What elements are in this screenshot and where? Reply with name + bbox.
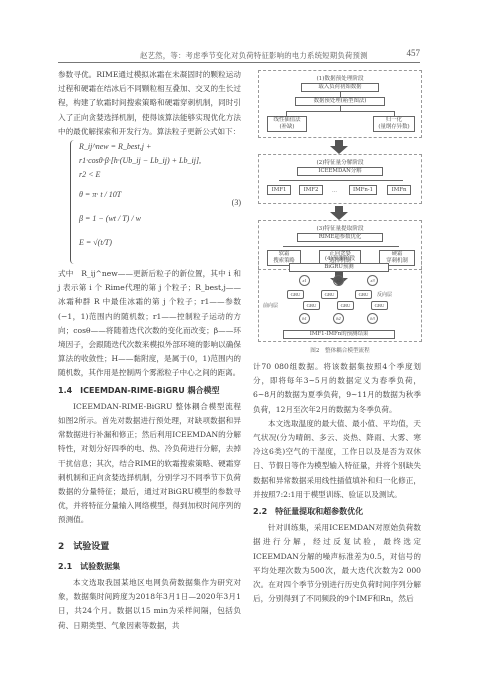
section-heading-1-4: 1.4 ICEEMDAN-RIME-BiGRU 耦合模型 <box>58 384 241 398</box>
left-brace <box>70 140 77 264</box>
gru-cell-backward: GRU <box>287 290 304 299</box>
stage-4-prediction: (4)预测阶段 BiGRU预测 x1 x2 x3 GRU GRU GRU 反向层… <box>258 256 422 342</box>
paragraph-feature-extraction: 针对训练集，采用ICEEMDAN对原始负荷数据进行分解，经过反复试验，最终选定I… <box>253 521 421 606</box>
paragraph-where: 式中 R_ij^new——更新后粒子的新位置，其中 i 和 j 表示第 i 个 … <box>58 267 241 381</box>
right-column: 计70 080组数据。将该数据集按照4个季度划分，即将每年3~5月的数据定义为春… <box>253 360 421 606</box>
connector <box>283 246 399 247</box>
paragraph-dataset: 本文选取我国某地区电网负荷数据集作为研究对象，数据集时间跨度为2018年3月1日… <box>58 576 241 633</box>
load-data-box: 载入负荷初始数据 <box>301 83 379 92</box>
equation-line: β = 1 − (wt / T) / w <box>79 212 201 226</box>
input-node: x2 <box>333 275 344 286</box>
connector <box>279 180 403 181</box>
left-column: 参数寻优。RIME通过模拟冰霜在未凝固时的颗粒运动过程和硬霜在结冰后不同颗粒相互… <box>58 68 241 633</box>
stage-2-decomposition: (2)特征量分解阶段 ICEEMDAN分解 IMF1 IMF2 … IMFn-1… <box>258 154 422 204</box>
connector <box>286 111 394 112</box>
paragraph-coupled-model: ICEEMDAN-RIME-BiGRU 整体耦合模型流程如图2所示。首先对数据进… <box>58 400 241 528</box>
iceemdan-box: ICEEMDAN分解 <box>297 167 383 176</box>
output-node: h1 <box>299 313 310 324</box>
equation-lines: R_ij^new = R_best,j + r1·cosθ·β·[h·(Ub_i… <box>79 140 201 250</box>
output-node: h3 <box>367 313 378 324</box>
forward-layer-label: 前向层 <box>263 302 278 309</box>
stage-title: (2)特征量分解阶段 <box>259 158 421 166</box>
stage-1-preprocessing: (1)数据预处理阶段 载入负荷初始数据 数据预处理(箱型图法) 线性插值法 (补… <box>258 70 422 138</box>
section-heading-2: 2 试验设置 <box>58 540 241 554</box>
stage-arrow-icon <box>330 146 348 154</box>
stage-title: (4)预测阶段 <box>259 254 421 262</box>
paragraph-features: 本文选取温度的最大值、最小值、平均值，天气状况(分为晴朗、多云、炎热、降雨、大雾… <box>253 417 421 502</box>
bigru-box: BiGRU预测 <box>289 263 389 272</box>
header-rule <box>58 62 420 63</box>
imf-1-box: IMF1 <box>267 185 291 195</box>
imf-2-box: IMF2 <box>299 185 323 195</box>
gru-cell-forward: GRU <box>371 301 388 310</box>
output-node: h2 <box>333 313 344 324</box>
prediction-result-box: IMF1-IMFn的预测结果 <box>283 330 395 339</box>
stage-title: (1)数据预处理阶段 <box>259 74 421 82</box>
section-heading-2-1: 2.1 试验数据集 <box>58 560 241 574</box>
figure-2-flowchart: (1)数据预处理阶段 载入负荷初始数据 数据预处理(箱型图法) 线性插值法 (补… <box>258 70 422 340</box>
gru-cell-forward: GRU <box>337 301 354 310</box>
imf-n-box: IMFn <box>387 185 411 195</box>
backward-layer-label: 反向层 <box>377 291 392 298</box>
equation-line: r1·cosθ·β·[h·(Ub_ij − Lb_ij) + Lb_ij], <box>79 154 201 168</box>
page-number: 457 <box>407 48 421 58</box>
equation-line: R_ij^new = R_best,j + <box>79 140 201 154</box>
running-title: 赵艺然，等：考虑季节变化对负荷特征影响的电力系统短期负荷预测 <box>140 50 368 61</box>
gru-cell-backward: GRU <box>355 290 372 299</box>
gru-cell-backward: GRU <box>321 290 338 299</box>
ellipsis: … <box>332 188 337 194</box>
equation-3: R_ij^new = R_best,j + r1·cosθ·β·[h·(Ub_i… <box>70 140 241 266</box>
equation-line: r2 < E <box>79 168 201 182</box>
gru-cell-forward: GRU <box>303 301 320 310</box>
rime-optimization-box: RIME超参数优化 <box>297 233 383 242</box>
normalization-box: 归一化 (量纲存异数) <box>373 116 415 132</box>
imf-n-1-box: IMFn-1 <box>349 185 377 195</box>
interpolation-box: 线性插值法 (补缺) <box>267 116 307 132</box>
paragraph-rime-intro: 参数寻优。RIME通过模拟冰霜在未凝固时的颗粒运动过程和硬霜在结冰后不同颗粒相互… <box>58 68 241 139</box>
boxplot-box: 数据预处理(箱型图法) <box>295 97 385 106</box>
equation-line: E = √(t/T) <box>79 236 201 250</box>
paragraph-dataset-cont: 计70 080组数据。将该数据集按照4个季度划分，即将每年3~5月的数据定义为春… <box>253 360 421 417</box>
equation-line: θ = π· t / 10T <box>79 188 201 202</box>
input-node: x3 <box>367 275 378 286</box>
figure-caption: 图2 整体耦合模型流程 <box>258 346 422 354</box>
stage-arrow-icon <box>330 212 348 220</box>
section-heading-2-2: 2.2 特征量提取和超参数优化 <box>253 505 421 519</box>
stage-title: (3)特征量提取阶段 <box>259 224 421 232</box>
input-node: x1 <box>299 275 310 286</box>
equation-number: (3) <box>232 196 241 210</box>
